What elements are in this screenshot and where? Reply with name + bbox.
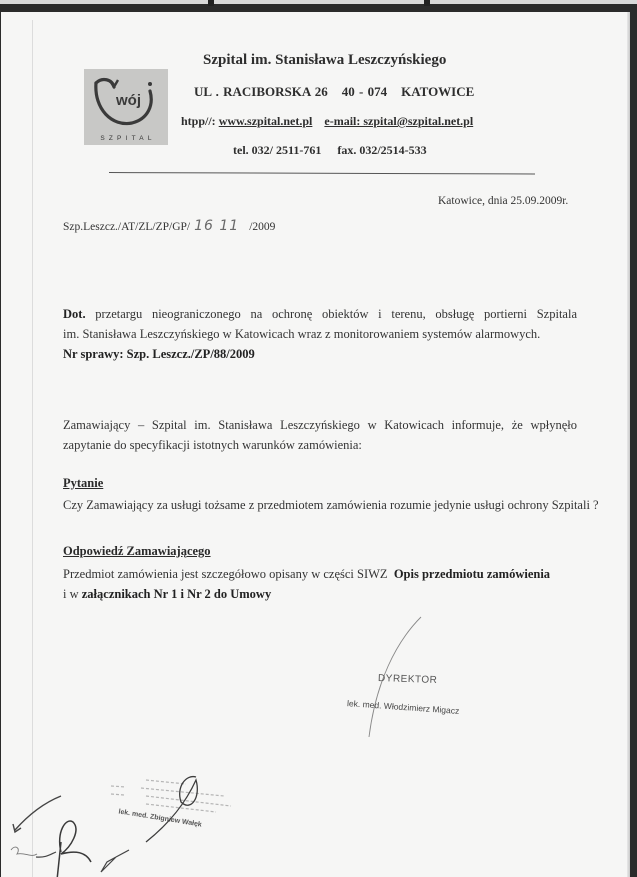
scanner-top-strip bbox=[0, 0, 637, 4]
fax: fax. 032/2514-533 bbox=[337, 143, 426, 157]
binder-tab bbox=[424, 0, 430, 6]
contact-phone: tel. 032/ 2511-761fax. 032/2514-533 bbox=[233, 143, 427, 158]
letterhead-divider bbox=[109, 172, 535, 174]
signature-title: DYREKTOR bbox=[378, 673, 438, 686]
subject-block: Dot. przetargu nieograniczonego na ochro… bbox=[63, 304, 577, 364]
place-date: Katowice, dnia 25.09.2009r. bbox=[438, 195, 568, 207]
intro-paragraph: Zamawiający – Szpital im. Stanisława Les… bbox=[63, 415, 577, 455]
answer-paragraph: Przedmiot zamówienia jest szczegółowo op… bbox=[63, 564, 577, 604]
intro-line-1: Zamawiający – Szpital im. Stanisława Les… bbox=[63, 415, 577, 435]
hospital-logo: wój SZPITAL bbox=[84, 69, 168, 145]
question-heading: Pytanie bbox=[63, 476, 103, 491]
director-signature: DYREKTOR lek. med. Włodzimierz Migacz bbox=[341, 612, 491, 742]
small-initials-icon bbox=[11, 847, 37, 855]
hospital-name: Szpital im. Stanisława Leszczyńskiego bbox=[203, 52, 446, 69]
binder-tab bbox=[208, 0, 214, 6]
twoj-smile-icon: wój bbox=[84, 69, 168, 135]
answer-line-2: i w załącznikach Nr 1 i Nr 2 do Umowy bbox=[63, 584, 577, 604]
subject-line-1: Dot. przetargu nieograniczonego na ochro… bbox=[63, 304, 577, 324]
initials-signature-icon bbox=[60, 821, 91, 862]
reference-prefix: Szp.Leszcz./AT/ZL/ZP/GP/ bbox=[63, 221, 190, 233]
postal-code: 40 - 074 bbox=[342, 84, 387, 99]
case-number: Nr sprawy: Szp. Leszcz./ZP/88/2009 bbox=[63, 344, 577, 364]
logo-caption: SZPITAL bbox=[84, 135, 168, 142]
subject-label: Dot. bbox=[63, 307, 86, 321]
web-prefix: htpp//: bbox=[181, 114, 216, 128]
arrow-icon bbox=[15, 796, 61, 830]
answer-line-1: Przedmiot zamówienia jest szczegółowo op… bbox=[63, 564, 577, 584]
contact-web: htpp//: www.szpital.net.ple-mail: szpita… bbox=[181, 114, 473, 129]
telephone: tel. 032/ 2511-761 bbox=[233, 143, 321, 157]
question-text: Czy Zamawiający za usługi tożsame z prze… bbox=[63, 498, 599, 513]
signature-name: lek. med. Włodzimierz Migacz bbox=[347, 698, 460, 716]
scanned-letter-page: wój SZPITAL Szpital im. Stanisława Leszc… bbox=[1, 12, 630, 877]
email-link[interactable]: e-mail: szpital@szpital.net.pl bbox=[324, 114, 473, 128]
subject-line-2: im. Stanisława Leszczyńskiego w Katowica… bbox=[63, 324, 577, 344]
reference-suffix: /2009 bbox=[249, 221, 275, 233]
answer-heading: Odpowiedź Zamawiającego bbox=[63, 544, 211, 559]
approval-stamp: lek. med. Zbigniew Wałęk bbox=[106, 772, 256, 832]
city: KATOWICE bbox=[401, 84, 474, 99]
hospital-address: UL . RACIBORSKA 2640 - 074KATOWICE bbox=[194, 84, 474, 100]
margin-line bbox=[32, 20, 33, 877]
intro-line-2: zapytanie do specyfikacji istotnych waru… bbox=[63, 435, 577, 455]
check-mark-icon bbox=[101, 857, 116, 872]
website-link[interactable]: www.szpital.net.pl bbox=[219, 114, 313, 128]
stamp-name: lek. med. Zbigniew Wałęk bbox=[118, 808, 202, 828]
handwritten-number: 16 11 bbox=[194, 218, 239, 234]
reference-number: Szp.Leszcz./AT/ZL/ZP/GP/16 11/2009 bbox=[63, 218, 275, 234]
street: UL . RACIBORSKA 26 bbox=[194, 84, 328, 99]
page-edge-shadow bbox=[627, 12, 630, 877]
svg-text:wój: wój bbox=[115, 92, 141, 109]
